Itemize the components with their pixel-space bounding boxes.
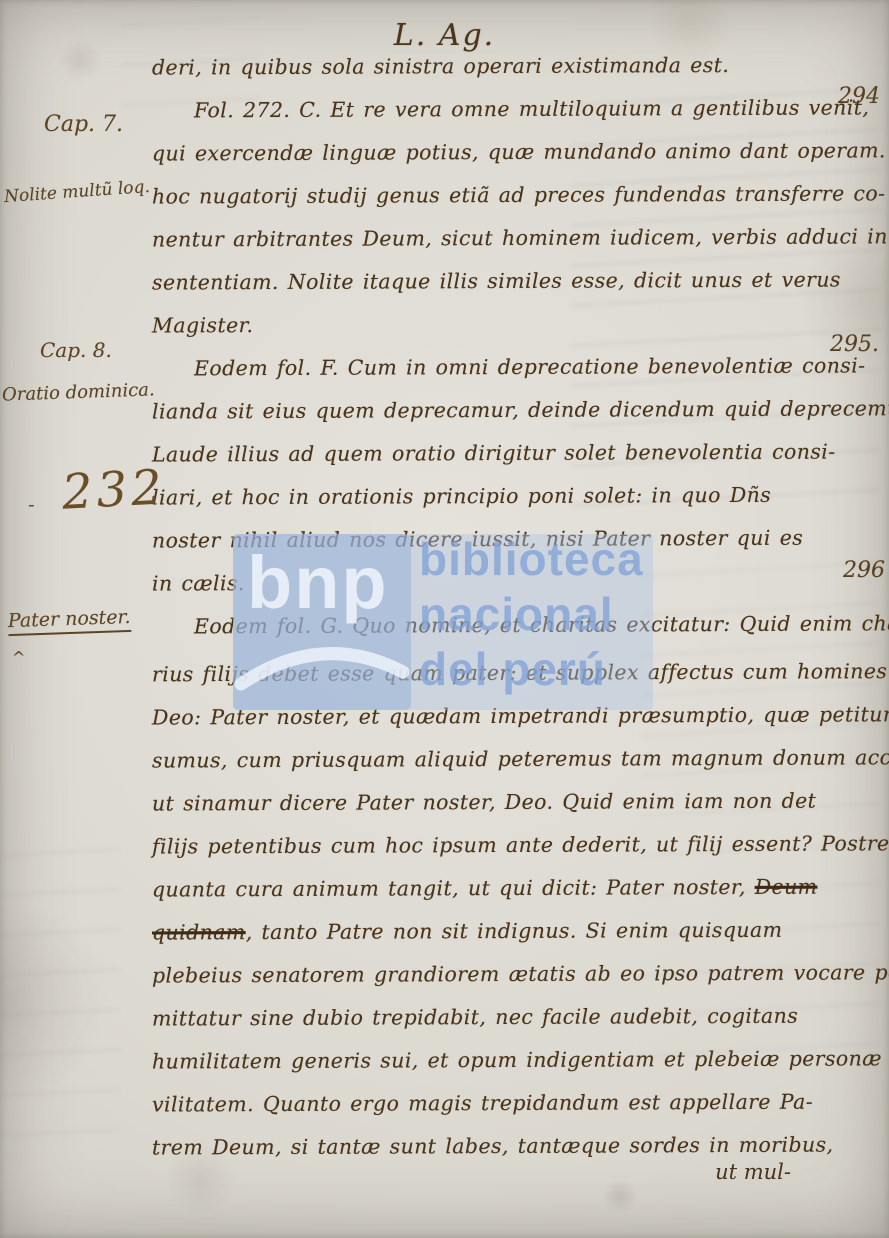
line-text: humilitatem generis sui, et opum indigen… — [152, 1046, 882, 1073]
manuscript-line: qui exercendæ linguæ potius, quæ mundand… — [152, 129, 847, 175]
manuscript-line: Fol. 272. C. Et re vera omne multiloquiu… — [152, 86, 847, 132]
line-text: ut sinamur dicere Pater noster, Deo. Qui… — [152, 788, 816, 815]
line-text: Deo: Pater noster, et quædam impetrandi … — [152, 702, 889, 729]
manuscript-lines: deri, in quibus sola sinistra operari ex… — [152, 45, 847, 1168]
line-text: Magister. — [152, 313, 254, 337]
line-text: Laude illius ad quem oratio dirigitur so… — [152, 440, 836, 467]
line-text: rius filijs debet esse quam pater: et su… — [152, 659, 889, 686]
line-text: mittatur sine dubio trepidabit, nec faci… — [152, 1004, 798, 1031]
page-number-295: 295. — [830, 332, 879, 357]
manuscript-line: lianda sit eius quem deprecamur, deinde … — [152, 387, 847, 433]
manuscript-line: in cælis. — [152, 559, 847, 605]
manuscript-line: Eodem fol. G. Quo nomine, et charitas ex… — [152, 602, 847, 648]
manuscript-line: mittatur sine dubio trepidabit, nec faci… — [152, 994, 847, 1040]
manuscript-line: plebeius senatorem grandiorem ætatis ab … — [152, 951, 847, 997]
manuscript-line: Laude illius ad quem oratio dirigitur so… — [152, 430, 847, 476]
line-text: Eodem fol. G. Quo nomine, et charitas ex… — [194, 611, 889, 638]
manuscript-line: liari, et hoc in orationis principio pon… — [152, 473, 847, 519]
line-text: plebeius senatorem grandiorem ætatis ab … — [152, 960, 889, 987]
manuscript-line: nentur arbitrantes Deum, sicut hominem i… — [152, 215, 847, 261]
line-text: hoc nugatorij studij genus etiã ad prece… — [152, 181, 886, 208]
manuscript-line: sententiam. Nolite itaque illis similes … — [152, 258, 847, 304]
struck-text: quidnam — [152, 920, 246, 944]
line-text: trem Deum, si tantæ sunt labes, tantæque… — [152, 1132, 833, 1159]
catchword: ut mul- — [715, 1160, 791, 1184]
line-text: vilitatem. Quanto ergo magis trepidandum… — [152, 1089, 813, 1116]
margin-note-cap7: Cap. 7. — [44, 112, 123, 137]
line-text: sumus, cum priusquam aliquid peteremus t… — [152, 745, 889, 773]
line-text: filijs petentibus cum hoc ipsum ante ded… — [152, 831, 889, 858]
manuscript-line: noster nihil aliud nos dicere iussit, ni… — [152, 516, 847, 562]
manuscript-line: humilitatem generis sui, et opum indigen… — [152, 1037, 847, 1083]
margin-note-nolite-multum-loqui: Nolite multũ loq. — [3, 177, 150, 207]
page-number-294: 294 — [838, 84, 880, 109]
line-text: deri, in quibus sola sinistra operari ex… — [152, 53, 729, 80]
line-text: lianda sit eius quem deprecamur, deinde … — [152, 396, 889, 423]
line-text: Eodem fol. F. Cum in omni deprecatione b… — [194, 353, 866, 380]
line-text: sententiam. Nolite itaque illis similes … — [152, 268, 841, 295]
margin-note-pater-noster: Pater noster. — [8, 606, 131, 636]
manuscript-line: hoc nugatorij studij genus etiã ad prece… — [152, 172, 847, 218]
folio-number: 232 — [61, 459, 167, 520]
line-text: Fol. 272. C. Et re vera omne multiloquiu… — [194, 95, 869, 122]
manuscript-line: rius filijs debet esse quam pater: et su… — [152, 645, 847, 696]
manuscript-line: vilitatem. Quanto ergo magis trepidandum… — [152, 1080, 847, 1126]
manuscript-line: sumus, cum priusquam aliquid peteremus t… — [152, 736, 847, 782]
manuscript-line: filijs petentibus cum hoc ipsum ante ded… — [152, 822, 847, 868]
line-text: in cælis. — [152, 571, 245, 595]
line-text: , tanto Patre non sit indignus. Si enim … — [246, 918, 783, 944]
margin-note-oratio-dominica: Oratio dominica. — [2, 379, 155, 405]
margin-note-cap8: Cap. 8. — [40, 338, 112, 362]
struck-text: Deum — [755, 874, 818, 898]
line-text: quanta cura animum tangit, ut qui dicit:… — [152, 875, 755, 902]
line-text: nentur arbitrantes Deum, sicut hominem i… — [152, 224, 888, 251]
manuscript-line: ut sinamur dicere Pater noster, Deo. Qui… — [152, 779, 847, 825]
manuscript-line: Deo: Pater noster, et quædam impetrandi … — [152, 693, 847, 739]
manuscript-page: L. Ag. deri, in quibus sola sinistra ope… — [0, 0, 889, 1238]
page-number-296: 296 — [843, 558, 885, 583]
line-text: liari, et hoc in orationis principio pon… — [152, 483, 771, 510]
margin-caret-mark: ^ — [12, 648, 25, 667]
manuscript-line: Eodem fol. F. Cum in omni deprecatione b… — [152, 344, 847, 390]
folio-dash-mark: - — [28, 492, 35, 516]
line-text: qui exercendæ linguæ potius, quæ mundand… — [152, 138, 889, 165]
manuscript-line: quidnam, tanto Patre non sit indignus. S… — [152, 908, 847, 954]
ink-bleed-through — [0, 840, 120, 1140]
manuscript-line: deri, in quibus sola sinistra operari ex… — [152, 43, 847, 89]
line-text: noster nihil aliud nos dicere iussit, ni… — [152, 526, 803, 553]
manuscript-line: quanta cura animum tangit, ut qui dicit:… — [152, 865, 847, 911]
manuscript-line: Magister. — [152, 301, 847, 347]
